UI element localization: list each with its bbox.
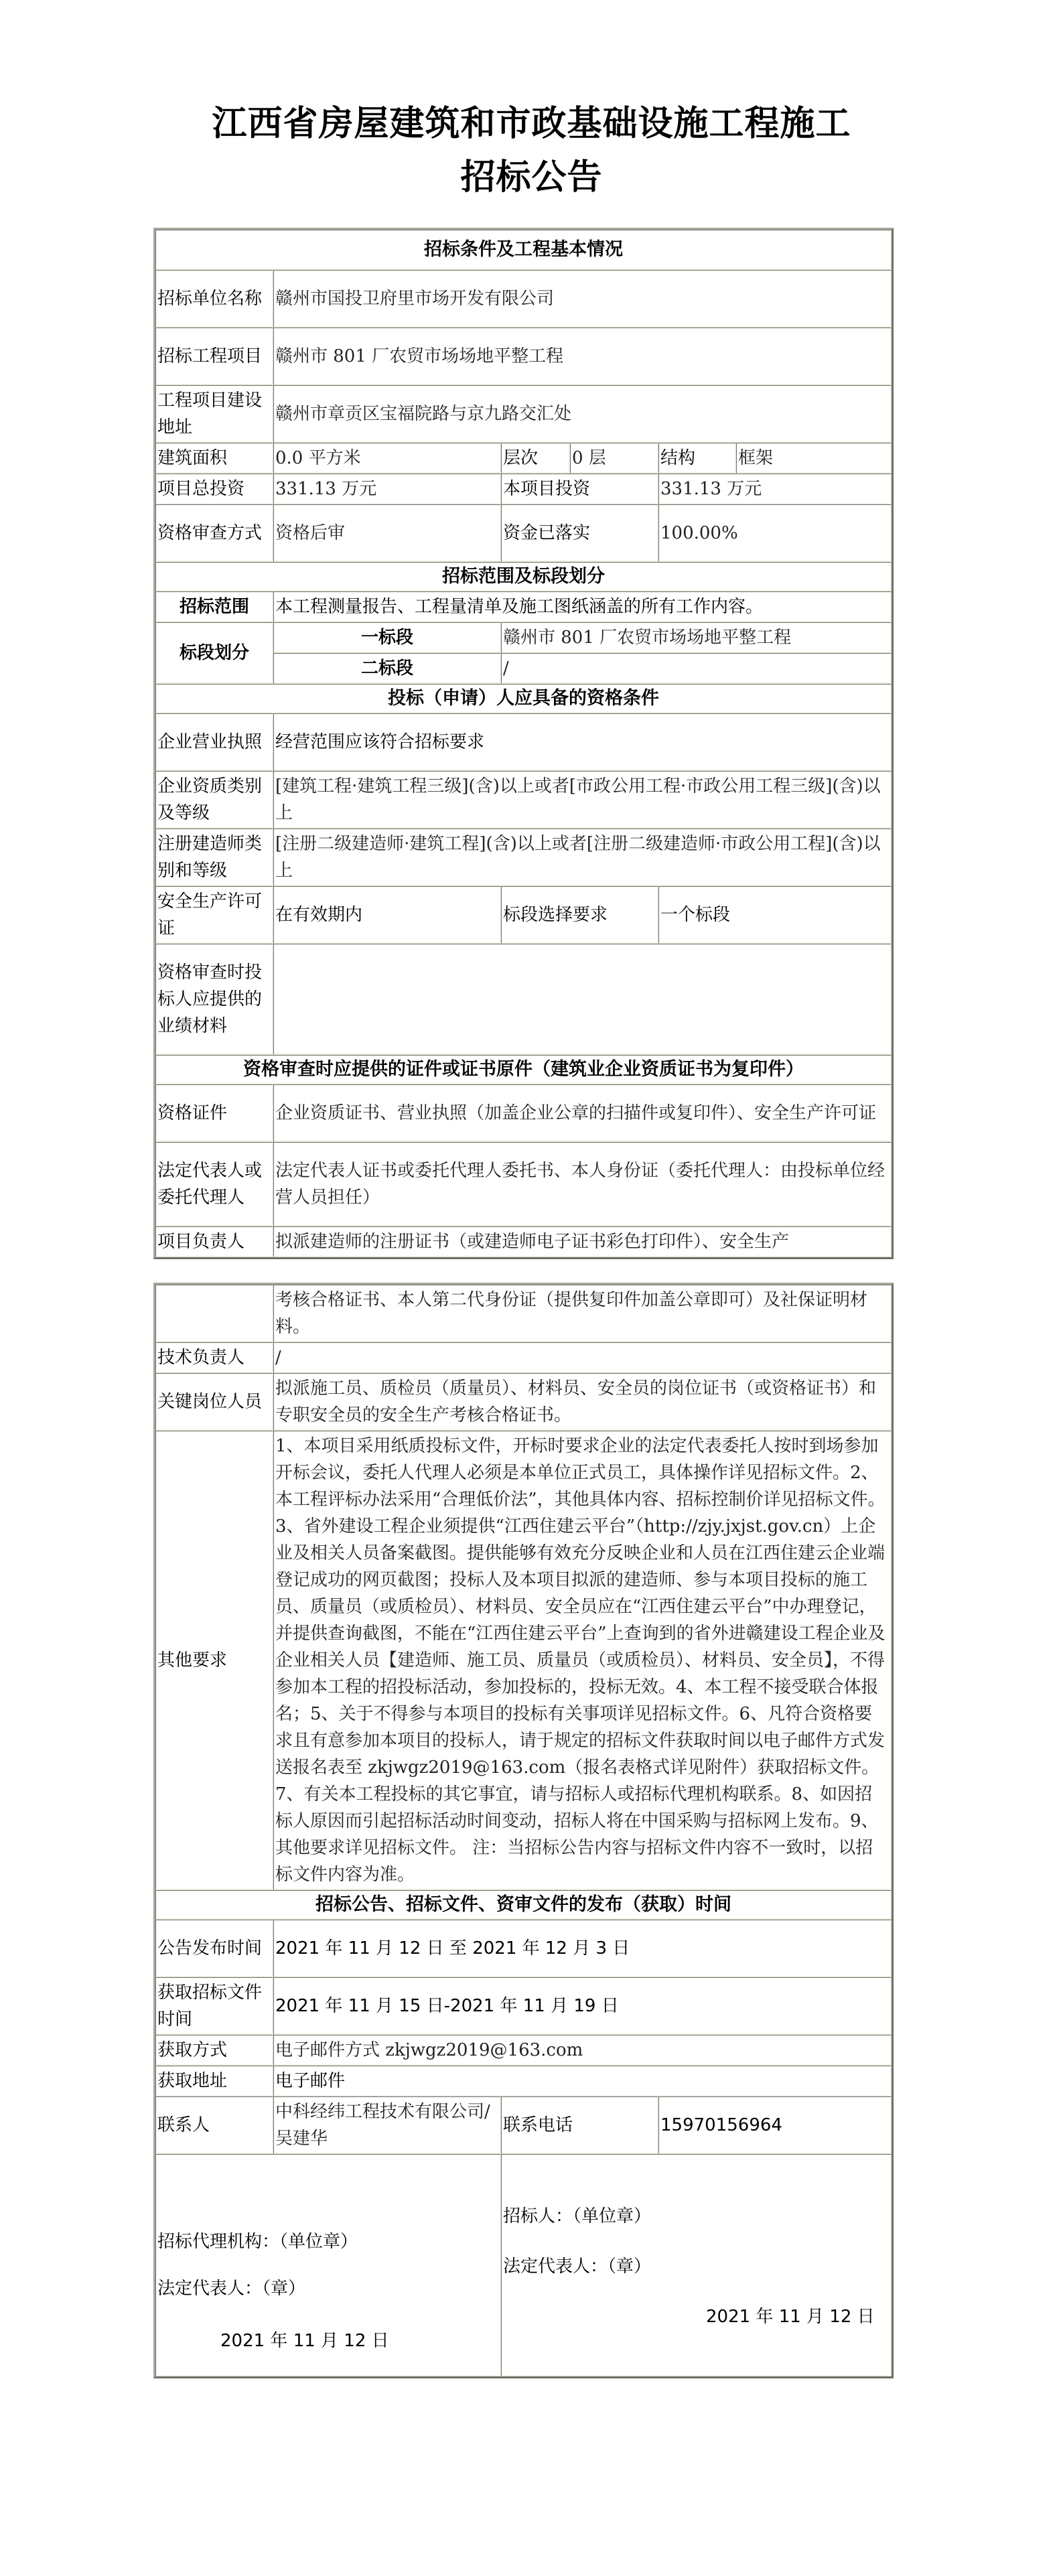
structure-label: 结构: [658, 443, 736, 474]
cert-value: 企业资质证书、营业执照（加盖企业公章的扫描件或复印件）、安全生产许可证: [273, 1084, 892, 1142]
tender-table-page-1: 招标条件及工程基本情况 招标单位名称 赣州市国投卫府里市场开发有限公司 招标工程…: [153, 228, 894, 1259]
obtain-time-value: 2021 年 11 月 15 日-2021 年 11 月 19 日: [273, 1977, 892, 2035]
obtain-method-value: 电子邮件方式 zkjwgz2019@163.com: [273, 2035, 892, 2066]
grade-value: [建筑工程·建筑工程三级](含)以上或者[市政公用工程·市政公用工程三级](含)…: [273, 771, 892, 829]
pm-value-part-1: 拟派建造师的注册证书（或建造师电子证书彩色打印件）、安全生产: [273, 1226, 892, 1257]
publish-time-value: 2021 年 11 月 12 日 至 2021 年 12 月 3 日: [273, 1920, 892, 1977]
key-staff-label: 关键岗位人员: [155, 1373, 273, 1431]
pm-value-part-2: 考核合格证书、本人第二代身份证（提供复印件加盖公章即可）及社保证明材料。: [273, 1285, 892, 1342]
tender-table-page-2: 考核合格证书、本人第二代身份证（提供复印件加盖公章即可）及社保证明材料。 技术负…: [153, 1283, 894, 2378]
tenderer-date: 2021 年 11 月 12 日: [706, 2303, 875, 2330]
title-line-1: 江西省房屋建筑和市政基础设施工程施工: [0, 97, 1063, 151]
tenderer-label: 招标单位名称: [155, 270, 273, 328]
license-label: 企业营业执照: [155, 713, 273, 771]
funds-label: 资金已落实: [501, 504, 658, 562]
key-staff-value: 拟派施工员、质检员（质量员）、材料员、安全员的岗位证书（或资格证书）和专职安全员…: [273, 1373, 892, 1431]
section-scope-heading: 招标范围及标段划分: [155, 562, 892, 591]
section-qualification-heading: 投标（申请）人应具备的资格条件: [155, 684, 892, 713]
review-method-label: 资格审查方式: [155, 504, 273, 562]
license-value: 经营范围应该符合招标要求: [273, 713, 892, 771]
project-label: 招标工程项目: [155, 328, 273, 385]
agent-signature-block: 招标代理机构：（单位章） 法定代表人：（章） 2021 年 11 月 12 日: [155, 2154, 501, 2376]
cert-label: 资格证件: [155, 1084, 273, 1142]
builder-label: 注册建造师类别和等级: [155, 829, 273, 886]
pm-label: 项目负责人: [155, 1226, 273, 1257]
this-invest-label: 本项目投资: [501, 474, 658, 504]
address-value: 赣州市章贡区宝福院路与京九路交汇处: [273, 385, 892, 443]
builder-value: [注册二级建造师·建筑工程](含)以上或者[注册二级建造师·市政公用工程](含)…: [273, 829, 892, 886]
tenderer-seal-label: 招标人：（单位章）: [503, 2203, 651, 2230]
safety-license-label: 安全生产许可证: [155, 886, 273, 944]
address-label: 工程项目建设地址: [155, 385, 273, 443]
tech-lead-label: 技术负责人: [155, 1342, 273, 1373]
total-invest-value: 331.13 万元: [273, 474, 501, 504]
other-req-label: 其他要求: [155, 1431, 273, 1890]
this-invest-value: 331.13 万元: [658, 474, 892, 504]
obtain-address-label: 获取地址: [155, 2066, 273, 2096]
lot-1-name: 一标段: [273, 622, 501, 653]
other-req-value: 1、本项目采用纸质投标文件，开标时要求企业的法定代表委托人按时到场参加开标会议，…: [273, 1431, 892, 1890]
lot-2-name: 二标段: [273, 653, 501, 684]
publish-time-label: 公告发布时间: [155, 1920, 273, 1977]
phone-value: 15970156964: [658, 2096, 892, 2154]
section-basic-heading: 招标条件及工程基本情况: [155, 230, 892, 270]
contact-label: 联系人: [155, 2096, 273, 2154]
tenderer-value: 赣州市国投卫府里市场开发有限公司: [273, 270, 892, 328]
safety-license-value: 在有效期内: [273, 886, 501, 944]
pm-label-continued: [155, 1285, 273, 1342]
area-value: 0.0 平方米: [273, 443, 501, 474]
tech-lead-value: /: [273, 1342, 892, 1373]
agent-date: 2021 年 11 月 12 日: [220, 2328, 389, 2354]
lot-2-value: /: [501, 653, 892, 684]
review-method-value: 资格后审: [273, 504, 501, 562]
lot-choice-value: 一个标段: [658, 886, 892, 944]
title-line-2: 招标公告: [0, 151, 1063, 204]
contact-value: 中科经纬工程技术有限公司/吴建华: [273, 2096, 501, 2154]
performance-value: [273, 944, 892, 1055]
division-label: 标段划分: [155, 622, 273, 684]
phone-label: 联系电话: [501, 2096, 658, 2154]
section-release-heading: 招标公告、招标文件、资审文件的发布（获取）时间: [155, 1890, 892, 1920]
scope-label: 招标范围: [155, 591, 273, 622]
tenderer-signature-block: 招标人：（单位章） 法定代表人：（章） 2021 年 11 月 12 日: [501, 2154, 892, 2376]
floors-value: 0 层: [570, 443, 658, 474]
scope-value: 本工程测量报告、工程量清单及施工图纸涵盖的所有工作内容。: [273, 591, 892, 622]
grade-label: 企业资质类别及等级: [155, 771, 273, 829]
funds-value: 100.00%: [658, 504, 892, 562]
obtain-address-value: 电子邮件: [273, 2066, 892, 2096]
legal-rep-label: 法定代表人或委托代理人: [155, 1142, 273, 1226]
lot-choice-label: 标段选择要求: [501, 886, 658, 944]
agent-seal-label: 招标代理机构：（单位章）: [157, 2228, 358, 2255]
total-invest-label: 项目总投资: [155, 474, 273, 504]
section-documents-heading: 资格审查时应提供的证件或证书原件（建筑业企业资质证书为复印件）: [155, 1055, 892, 1084]
performance-label: 资格审查时投标人应提供的业绩材料: [155, 944, 273, 1055]
agent-legal-rep: 法定代表人：（章）: [157, 2275, 305, 2302]
structure-value: 框架: [736, 443, 892, 474]
legal-rep-value: 法定代表人证书或委托代理人委托书、本人身份证（委托代理人：由投标单位经营人员担任…: [273, 1142, 892, 1226]
obtain-method-label: 获取方式: [155, 2035, 273, 2066]
project-value: 赣州市 801 厂农贸市场场地平整工程: [273, 328, 892, 385]
obtain-time-label: 获取招标文件时间: [155, 1977, 273, 2035]
floors-label: 层次: [501, 443, 570, 474]
page-title: 江西省房屋建筑和市政基础设施工程施工 招标公告: [0, 97, 1063, 204]
tenderer-legal-rep: 法定代表人：（章）: [503, 2253, 651, 2280]
area-label: 建筑面积: [155, 443, 273, 474]
lot-1-value: 赣州市 801 厂农贸市场场地平整工程: [501, 622, 892, 653]
